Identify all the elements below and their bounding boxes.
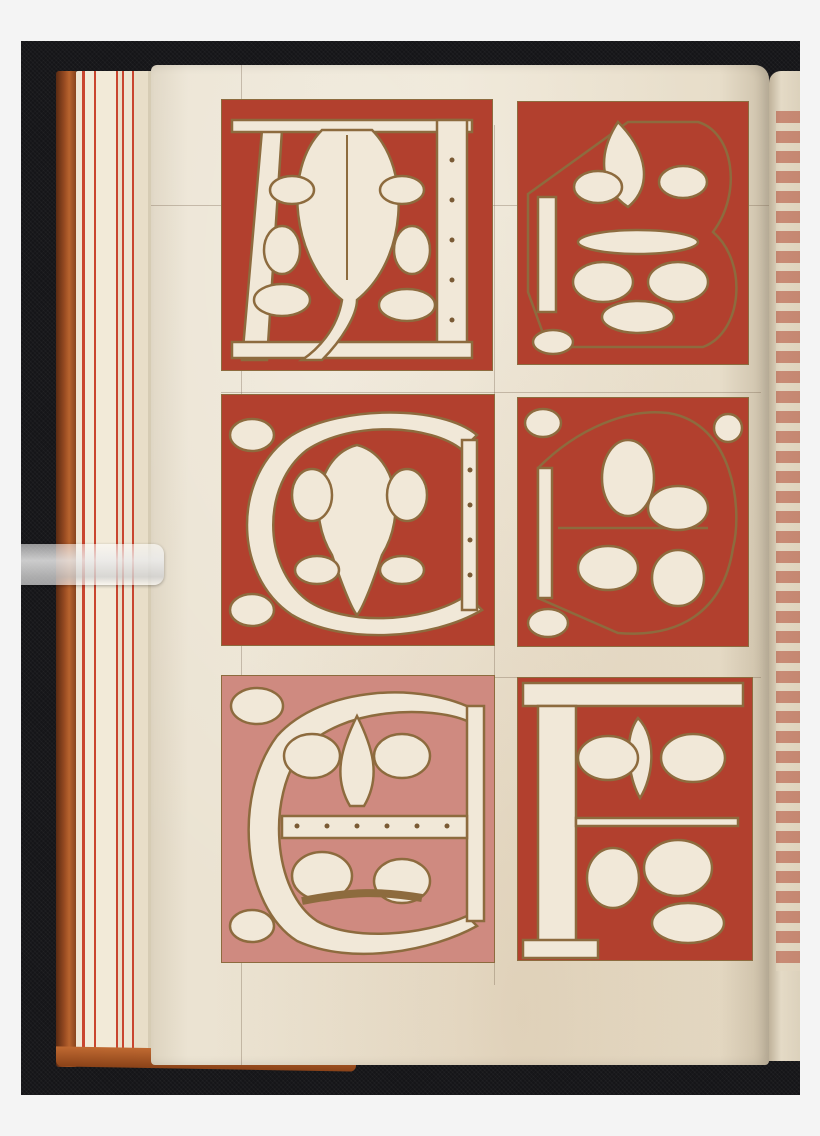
page-clip (21, 544, 164, 585)
facing-page-decoration (776, 111, 800, 971)
initial-A-artwork (222, 100, 492, 370)
initial-C-artwork (222, 395, 494, 645)
initial-B-artwork (518, 102, 748, 364)
initial-F (517, 677, 753, 961)
initial-E (221, 675, 495, 963)
manuscript-photo (21, 41, 800, 1095)
initial-D-artwork (518, 398, 748, 646)
ruling-line (221, 392, 761, 393)
initial-F-artwork (518, 678, 752, 960)
initial-C (221, 394, 495, 646)
initial-B (517, 101, 749, 365)
initial-A (221, 99, 493, 371)
initial-D (517, 397, 749, 647)
initial-E-artwork (222, 676, 494, 962)
